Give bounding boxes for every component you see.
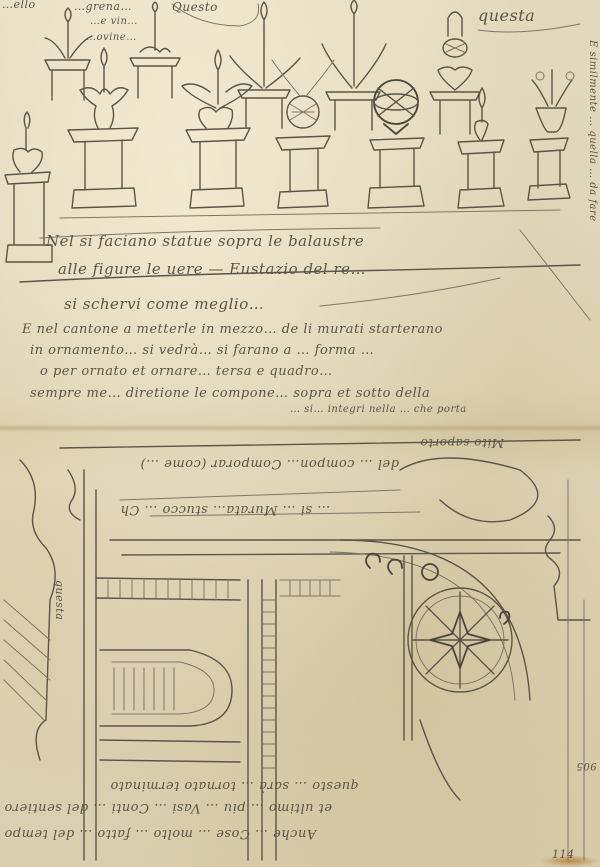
inverted-note-4: questo … sarà … tornato terminato <box>110 778 359 793</box>
note-line-2: alle figure le uere — Eustazio del re… <box>58 260 366 278</box>
inverted-flourish <box>400 458 538 522</box>
inverted-note-6: Anche … Cose … molto … fatto … del tempo <box>4 826 316 841</box>
note-line-7: sempre me… diretione le compone… sopra e… <box>30 386 430 401</box>
pedestal-front-7-urn <box>528 70 574 200</box>
label-questo: Questo <box>172 0 218 14</box>
pedestal-front-4 <box>272 60 334 208</box>
molding-profile <box>20 460 55 760</box>
label-top-left-4: …ovine… <box>86 32 137 43</box>
label-top-left-3: …e vin… <box>90 16 138 27</box>
inverted-note-2: del … compon… Comporar (come …) <box>140 456 399 471</box>
label-top-left-2: …grena… <box>74 0 132 13</box>
inverted-note-3: … si … Murata… stucco … Ch <box>120 502 330 517</box>
drawing-sheet: …ello …grena… …e vin… …ovine… Questo que… <box>0 0 600 867</box>
rosette <box>408 588 512 692</box>
lower-rail <box>100 740 240 762</box>
sketch-lines <box>0 0 600 867</box>
molding-hatching <box>4 600 50 720</box>
margin-label-left: questa <box>53 580 66 620</box>
pedestal-back-1 <box>45 8 92 100</box>
left-scroll <box>68 470 80 520</box>
page-number-left: 905 <box>576 760 597 771</box>
folio-number: 114 <box>552 848 575 861</box>
right-border <box>568 480 584 860</box>
pedestal-front-6 <box>458 88 504 208</box>
note-line-5: in ornamento… si vedrà… si farano a … fo… <box>30 343 374 358</box>
niche-inner <box>112 662 214 714</box>
margin-note-vertical: E similmente … quella … da fare <box>587 40 598 222</box>
note-line-8: … si… integri nella … che porta <box>290 404 467 415</box>
dentil-row-horizontal <box>108 580 340 598</box>
niche-hatching <box>114 668 174 710</box>
niche-arch <box>100 650 232 726</box>
pedestal-back-5 <box>430 12 480 134</box>
label-top-left-1: …ello <box>2 0 36 11</box>
pedestal-front-3 <box>182 50 252 208</box>
dentil-row-vertical <box>262 600 276 768</box>
pedestal-front-1 <box>5 112 52 262</box>
base-line <box>60 210 560 218</box>
note-line-1: Nel si faciano statue sopra le balaustre <box>46 232 364 250</box>
flourish <box>320 278 500 306</box>
pedestal-front-2 <box>68 48 138 208</box>
note-line-3: si schervi come meglio… <box>64 295 264 313</box>
margin-stroke <box>520 230 590 320</box>
corner-line <box>420 720 460 800</box>
inverted-note-1: Mito saporto <box>420 436 504 450</box>
questa-underline <box>478 24 580 32</box>
note-line-6: o per ornato et ornare… tersa e quadro… <box>40 364 333 379</box>
inverted-note-5: et ultimo … piu … Vasi … Conti … del sen… <box>4 800 332 815</box>
note-line-4: E nel cantone a metterle in mezzo… de li… <box>22 322 443 337</box>
label-questa: questa <box>478 6 535 25</box>
pedestal-back-3 <box>230 2 300 128</box>
